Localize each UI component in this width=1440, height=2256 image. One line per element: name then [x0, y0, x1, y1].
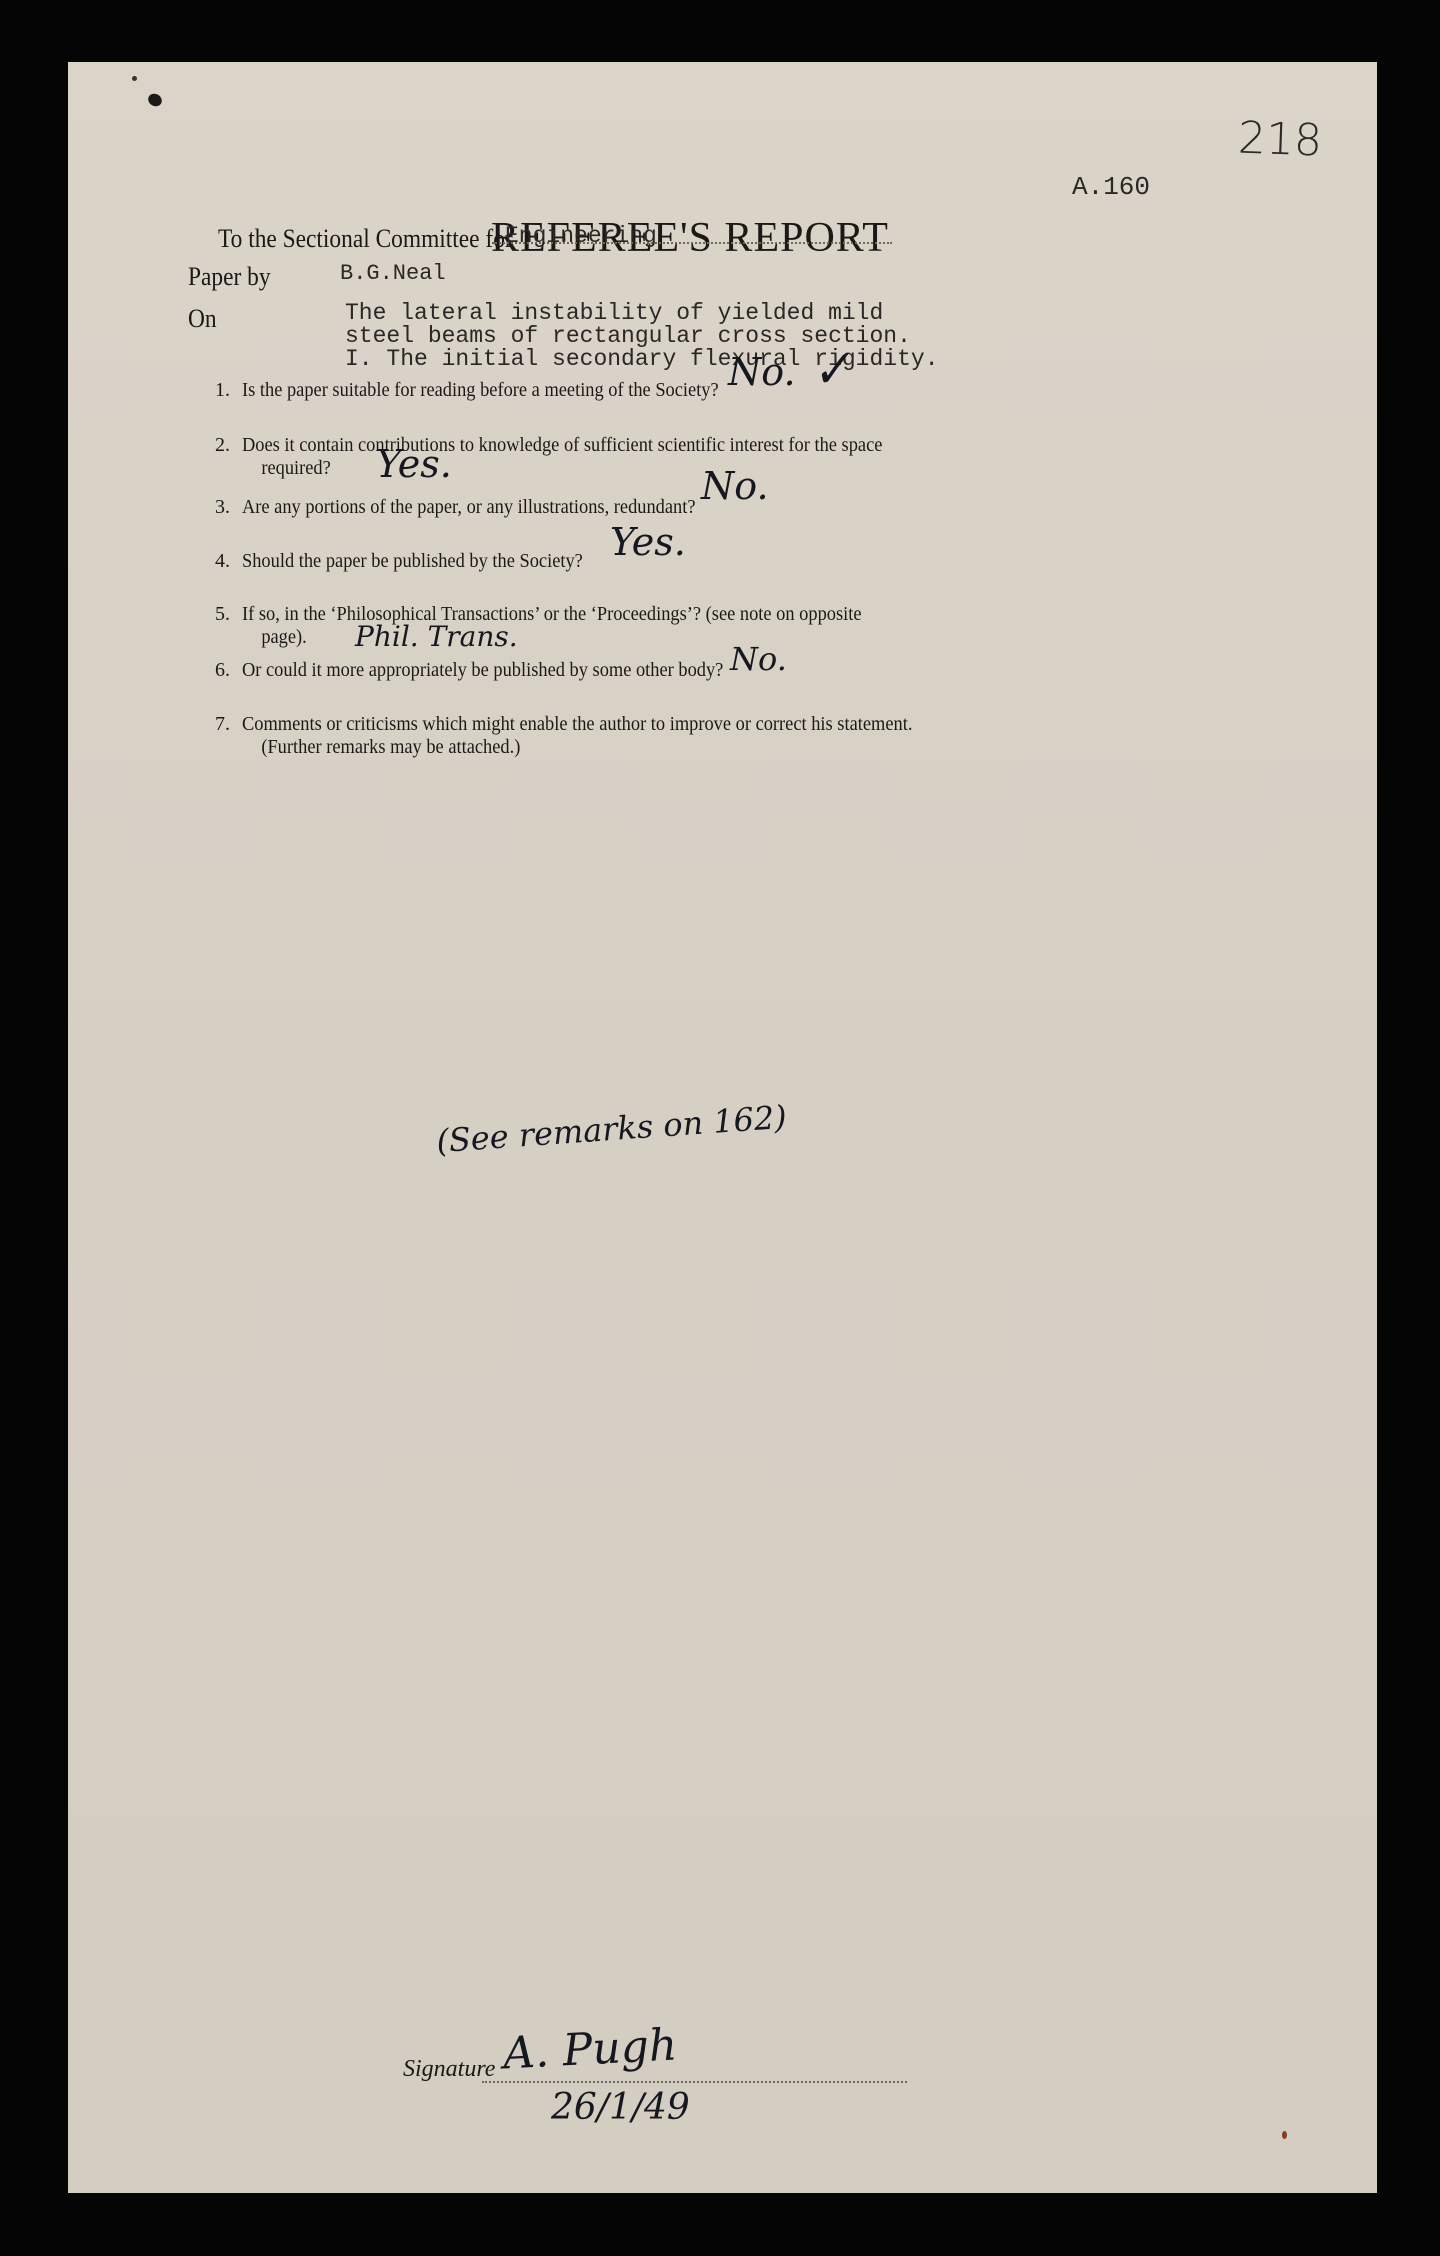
question-1-text: Is the paper suitable for reading before…	[242, 379, 719, 402]
question-5-line: If so, in the ‘Philosophical Transaction…	[242, 603, 862, 626]
signature-dotted-line	[482, 2081, 907, 2083]
question-5-number: 5.	[215, 603, 230, 626]
question-2-line: Does it contain contributions to knowled…	[242, 434, 882, 457]
committee-value: Engineering	[505, 223, 657, 249]
question-7-line: (Further remarks may be attached.)	[242, 736, 912, 759]
question-1-answer: No.	[728, 350, 796, 394]
question-4-answer: Yes.	[610, 520, 686, 564]
question-2-answer: Yes.	[376, 442, 452, 486]
signature-label: Signature	[403, 2056, 495, 2083]
question-6-number: 6.	[215, 659, 230, 682]
on-label: On	[188, 304, 217, 334]
reference-number: A.160	[1072, 172, 1150, 202]
question-4-text: Should the paper be published by the Soc…	[242, 550, 583, 573]
question-7-line: Comments or criticisms which might enabl…	[242, 713, 912, 736]
committee-label: To the Sectional Committee for	[218, 224, 513, 254]
question-4-number: 4.	[215, 550, 230, 573]
rust-speck	[1282, 2131, 1287, 2139]
question-7-number: 7.	[215, 713, 230, 736]
question-3-text: Are any portions of the paper, or any il…	[242, 496, 696, 519]
referee-report-sheet: 218 A.160 REFEREE'S REPORT To the Sectio…	[68, 62, 1377, 2193]
question-6-answer: No.	[730, 640, 787, 678]
question-2-text: Does it contain contributions to knowled…	[242, 434, 882, 480]
question-7-text: Comments or criticisms which might enabl…	[242, 713, 912, 759]
question-3-answer: No.	[701, 464, 769, 508]
paper-by-label: Paper by	[188, 262, 271, 292]
ink-blot	[146, 91, 164, 108]
question-3-number: 3.	[215, 496, 230, 519]
signature-value: A. Pugh	[502, 2019, 679, 2079]
paper-title-line: The lateral instability of yielded mild	[345, 302, 939, 325]
folio-number: 218	[1237, 113, 1323, 167]
paper-by-value: B.G.Neal	[340, 261, 446, 286]
question-2-number: 2.	[215, 434, 230, 457]
question-5-answer: Phil. Trans.	[355, 620, 518, 653]
question-6-text: Or could it more appropriately be publis…	[242, 659, 723, 682]
question-2-line: required?	[242, 457, 882, 480]
ink-speck	[132, 76, 137, 81]
question-1-number: 1.	[215, 379, 230, 402]
paper-title-line: steel beams of rectangular cross section…	[345, 325, 939, 348]
signature-date: 26/1/49	[551, 2087, 690, 2128]
check-mark-icon: ✓	[807, 339, 855, 400]
question-7-answer: (See remarks on 162)	[435, 1098, 788, 1160]
